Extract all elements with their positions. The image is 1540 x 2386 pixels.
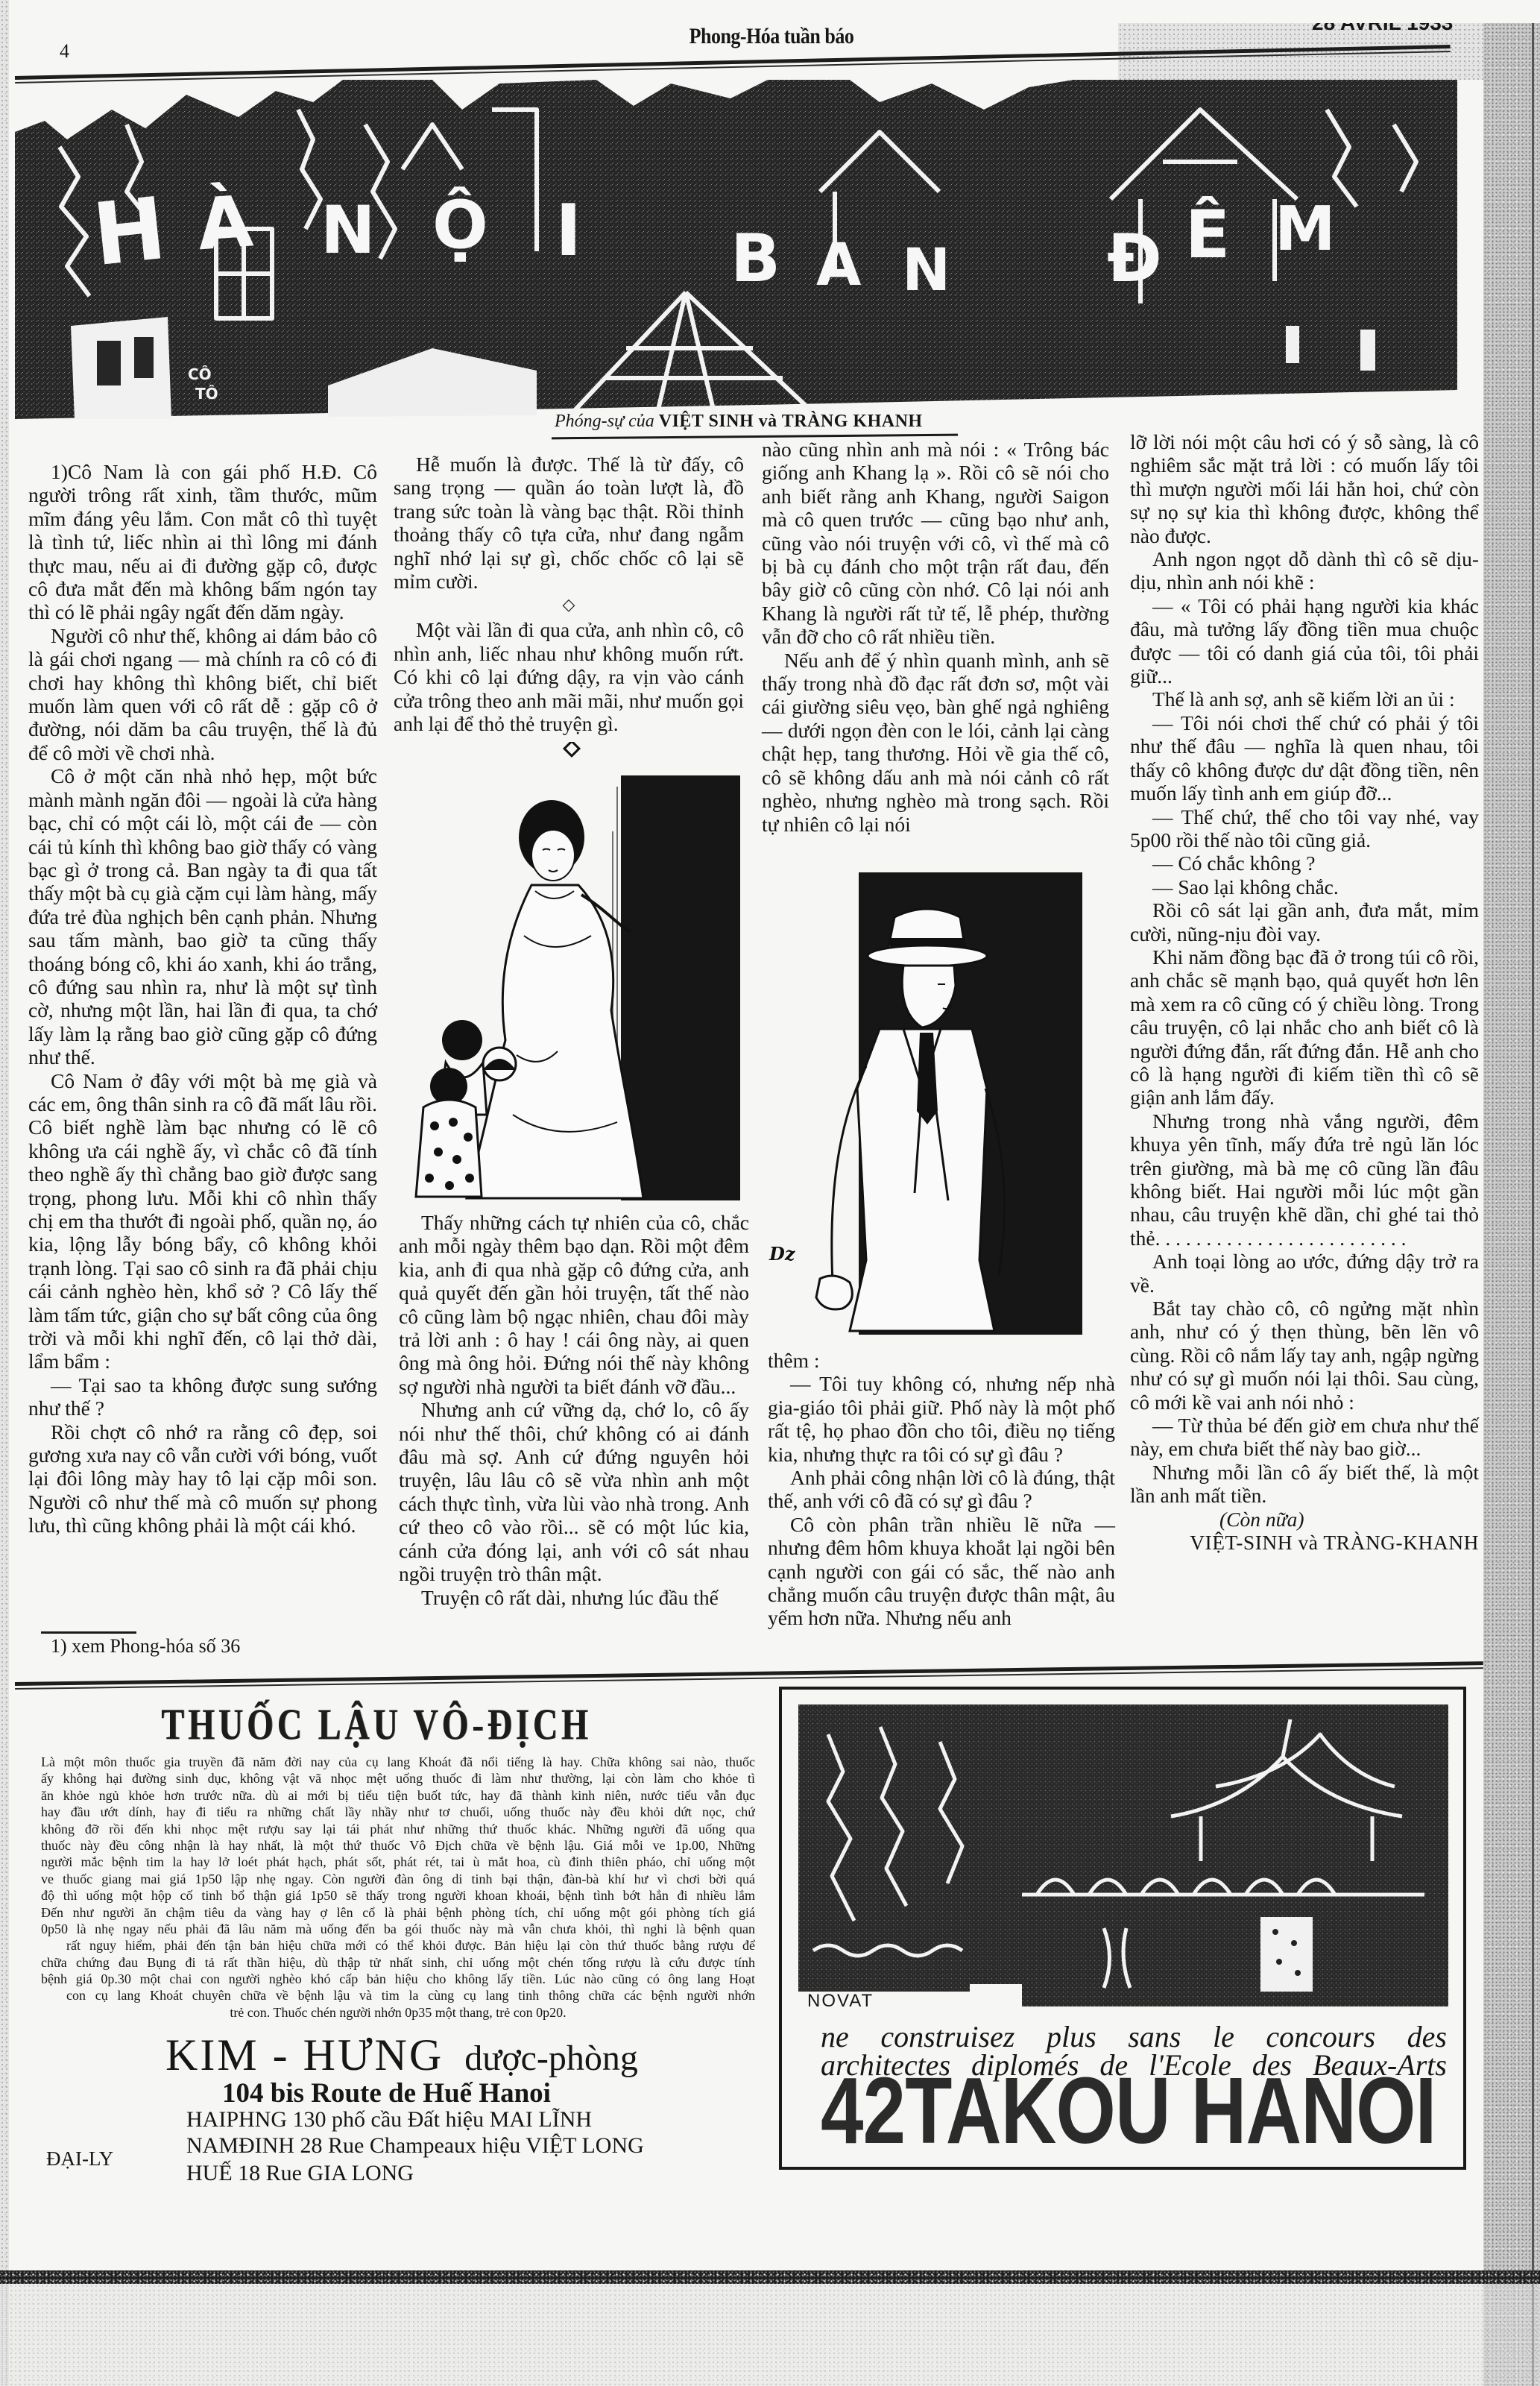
ad-architect: NOVAT ne construisez plus sans le concou… xyxy=(779,1687,1466,2170)
dialogue-line: — Có chắc không ? xyxy=(1130,852,1479,875)
section-divider-diamond: ◇ xyxy=(394,593,744,618)
ad-brand: NOVAT xyxy=(807,1991,874,2012)
dialogue-line: — Thế chứ, thế cho tôi vay nhé, vay 5p00… xyxy=(1130,805,1479,852)
paragraph-continued: lỡ lời nói một câu hơi có ý sỗ sàng, là … xyxy=(1130,430,1479,547)
paragraph: Một vài lần đi qua cửa, anh nhìn cô, cô … xyxy=(394,618,744,735)
pharmacy-type: dược-phòng xyxy=(464,2039,638,2078)
ad-address-headline: 42TAKOU HANOI xyxy=(821,2070,1436,2152)
banner-letter: B xyxy=(730,220,780,297)
agents-label: ĐẠI-LY xyxy=(46,2147,113,2171)
ad-body-line: chữa chứng đau Bụng đi tả rất thần hiệu,… xyxy=(41,1954,755,1971)
pharmacy-address: 104 bis Route de Huế Hanoi xyxy=(222,2077,551,2109)
paragraph: Hễ muốn là được. Thế là từ đấy, cô sang … xyxy=(394,453,744,593)
paragraph: Nhưng mỗi lần cô ấy biết thế, là một lần… xyxy=(1130,1461,1479,1508)
paragraph-continued: nào cũng nhìn anh mà nói : « Trông bác g… xyxy=(762,438,1109,649)
byline-authors: VIỆT SINH và TRÀNG KHANH xyxy=(659,412,923,431)
byline-prefix: Phóng-sự của xyxy=(555,412,654,431)
banner-letter: Ộ xyxy=(432,186,488,263)
page-number: 4 xyxy=(60,40,69,63)
paragraph: Cô Nam ở đây với một bà mẹ già và các em… xyxy=(28,1069,377,1373)
article-column-1: 1)Cô Nam là con gái phố H.Đ. Cô người tr… xyxy=(28,460,377,1537)
ad-body-line: ấy không hại đường sinh dục, không vật v… xyxy=(41,1770,755,1787)
ad-body-line: ve thuốc giang mai giá 1p50 lập nhẹ ngay… xyxy=(41,1871,755,1887)
banner-letter: N xyxy=(321,192,376,268)
artist-signature: CÔ xyxy=(188,365,212,383)
banner-woodcut-illustration: H À N Ộ I B A N Đ Ê M CÔ TÔ xyxy=(15,80,1457,419)
paragraph: Anh ngon ngọt dỗ dành thì cô sẽ dịu-dịu,… xyxy=(1130,547,1479,594)
woman-at-doorway-illustration xyxy=(394,742,744,1204)
paragraph: Rồi cô sát lại gần anh, đưa mắt, mỉm cườ… xyxy=(1130,898,1479,945)
paragraph-continued: thêm : xyxy=(768,1349,1115,1372)
artist-signature: TÔ xyxy=(195,385,218,403)
agent-address: HUẾ 18 Rue GIA LONG xyxy=(186,2161,414,2186)
banner-letter: M xyxy=(1275,194,1336,265)
author-signature: VIỆT-SINH và TRÀNG-KHANH xyxy=(1130,1531,1479,1554)
ad-medicine-body: Là một môn thuốc gia truyền đã năm đời n… xyxy=(41,1754,755,2021)
scan-right-edge-line xyxy=(1532,23,1534,2386)
agent-address: NAMĐINH 28 Rue Champeaux hiệu VIỆT LONG xyxy=(186,2133,644,2159)
ad-body-line: trẻ con. Thuốc chén người nhớn 0p35 một … xyxy=(41,2004,755,2021)
ad-body-line: độ thì uống một hộp cố tinh bổ thận giá … xyxy=(41,1887,755,1904)
paragraph: Nhưng anh cứ vững dạ, chớ lo, cô ấy nói … xyxy=(399,1398,749,1585)
ad-body-line: bệnh giá 0p.30 một chai con người nghèo … xyxy=(41,1971,755,1987)
dark-doorway xyxy=(621,775,740,1200)
ads-separator-rule xyxy=(15,1661,1483,1686)
banner-white-house xyxy=(71,317,171,419)
ad-body-line: Là một môn thuốc gia truyền đã năm đời n… xyxy=(41,1754,755,1770)
paragraph: Khi năm đồng bạc đã ở trong túi cô rồi, … xyxy=(1130,945,1479,1109)
pharmacy-brand: KIM - HƯNG xyxy=(165,2030,444,2080)
byline: Phóng-sự của VIỆT SINH và TRÀNG KHANH xyxy=(555,412,923,432)
ad-body-line: con cụ lang Khoát chuyên chữa về bệnh lậ… xyxy=(41,1987,755,2003)
masthead-title: Phong-Hóa tuần báo xyxy=(671,24,872,50)
footnote: 1) xem Phong-hóa số 36 xyxy=(51,1635,240,1658)
dialogue-line: — Từ thủa bé đến giờ em chưa như thế này… xyxy=(1130,1414,1479,1461)
article-column-3-top: nào cũng nhìn anh mà nói : « Trông bác g… xyxy=(762,438,1109,836)
ad-body-line: không đỡ rồi đến khi nhọc mệt rượu say l… xyxy=(41,1821,755,1837)
paragraph: Người cô như thế, không ai dám bảo cô là… xyxy=(28,624,377,764)
paragraph: 1)Cô Nam là con gái phố H.Đ. Cô người tr… xyxy=(28,460,377,624)
issue-date-text: 28 AVRIL 1933 xyxy=(1312,23,1453,31)
paragraph: Anh toại lòng ao ước, đứng dậy trở ra về… xyxy=(1130,1250,1479,1297)
to-be-continued: (Còn nữa) xyxy=(1130,1508,1479,1531)
article-column-4: lỡ lời nói một câu hơi có ý sỗ sàng, là … xyxy=(1130,430,1479,1555)
issue-date: 28 AVRIL 1933 xyxy=(1312,23,1483,31)
dialogue-line: — Tôi tuy không có, nhưng nếp nhà gia-gi… xyxy=(768,1372,1115,1466)
woman-at-doorway-drawing xyxy=(394,742,744,1204)
illustrator-signature: Dz xyxy=(769,1243,796,1265)
ad-body-line: hay đầu ướt dính, hay đi tiểu ra những c… xyxy=(41,1804,755,1820)
paragraph: Thấy những cách tự nhiên của cô, chắc an… xyxy=(399,1211,749,1398)
banner-lamp-post xyxy=(1286,326,1299,363)
dialogue-line: — Sao lại không chắc. xyxy=(1130,875,1479,898)
article-column-2-top: Hễ muốn là được. Thế là từ đấy, cô sang … xyxy=(394,453,744,735)
paragraph: Nếu anh để ý nhìn quanh mình, anh sẽ thấ… xyxy=(762,649,1109,836)
hanging-lamp-diamond xyxy=(564,742,579,756)
scan-left-edge xyxy=(0,0,9,2386)
ad-pagoda-woodcut xyxy=(798,1704,1448,2018)
banner-letter: À xyxy=(195,180,256,266)
child-head xyxy=(442,1020,482,1060)
fedora-brim xyxy=(868,945,987,966)
hand xyxy=(816,1276,852,1309)
ad-tagline-line: ne construisez plus sans le concours des xyxy=(821,2022,1447,2052)
ad-body-line: người mắc bệnh tim la hay lở loét phát h… xyxy=(41,1854,755,1870)
article-column-2-bottom: Thấy những cách tự nhiên của cô, chắc an… xyxy=(399,1211,749,1609)
dialogue-line: — Tôi nói chơi thế chứ có phải ý tôi như… xyxy=(1130,711,1479,805)
banner-letter: N xyxy=(902,237,950,304)
paragraph: Truyện cô rất dài, nhưng lúc đầu thế xyxy=(399,1586,749,1609)
scan-bottom-margin xyxy=(0,2284,1540,2386)
man-in-fedora-drawing: Dz xyxy=(762,843,1109,1342)
paragraph: Nhưng trong nhà vắng người, đêm khuya yê… xyxy=(1130,1109,1479,1250)
agent-address: HAIPHNG 130 phố cầu Đất hiệu MAI LĨNH xyxy=(186,2107,592,2132)
ad-medicine-title: THUỐC LẬU VÔ-ĐỊCH xyxy=(142,1699,611,1750)
pharmacy-name: KIM - HƯNGdược-phòng xyxy=(165,2030,638,2081)
ad-body-line: rất nguy hiểm, phải đến tận bản hiệu chữ… xyxy=(41,1937,755,1954)
article-column-3-bottom: thêm : — Tôi tuy không có, nhưng nếp nhà… xyxy=(768,1349,1115,1630)
ad-body-line: 0p50 là nhẹ ngay nếu phải đã lâu năm mà … xyxy=(41,1921,755,1937)
paragraph: Thế là anh sợ, anh sẽ kiếm lời an ủi : xyxy=(1130,687,1479,711)
banner-lamp-post xyxy=(1360,330,1375,371)
paragraph: Anh phải công nhận lời cô là đúng, thật … xyxy=(768,1466,1115,1513)
paragraph: Rồi chợt cô nhớ ra rằng cô đẹp, soi gươn… xyxy=(28,1420,377,1537)
paragraph: Bắt tay chào cô, cô ngửng mặt nhìn anh, … xyxy=(1130,1297,1479,1414)
banner-letter: I xyxy=(555,190,581,272)
banner-letter: Đ xyxy=(1107,220,1162,297)
dialogue-line: — « Tôi có phải hạng người kia khác đâu,… xyxy=(1130,594,1479,688)
paragraph: Cô ở một căn nhà nhỏ hẹp, một bức mành m… xyxy=(28,764,377,1068)
scan-bottom-band xyxy=(0,2270,1540,2284)
banner-letter: Ê xyxy=(1185,196,1230,273)
dialogue-line: — Tại sao ta không được sung sướng như t… xyxy=(28,1373,377,1420)
article-banner: H À N Ộ I B A N Đ Ê M CÔ TÔ xyxy=(15,80,1457,419)
ad-body-line: thuốc này đều công nhận là hay nhất, là … xyxy=(41,1837,755,1854)
paragraph: Cô còn phân trần nhiều lẽ nữa — nhưng đê… xyxy=(768,1513,1115,1630)
footnote-rule xyxy=(41,1631,136,1634)
man-in-fedora-illustration: Dz xyxy=(762,843,1109,1342)
banner-letter: A xyxy=(816,232,861,299)
ad-body-line: ăn khỏe ngủ khỏe hơn trước nữa. dù ai mớ… xyxy=(41,1787,755,1804)
ad-body-line: Đến như người ăn chậm tiêu da vàng hay ợ… xyxy=(41,1904,755,1921)
banner-letter: H xyxy=(89,179,171,286)
